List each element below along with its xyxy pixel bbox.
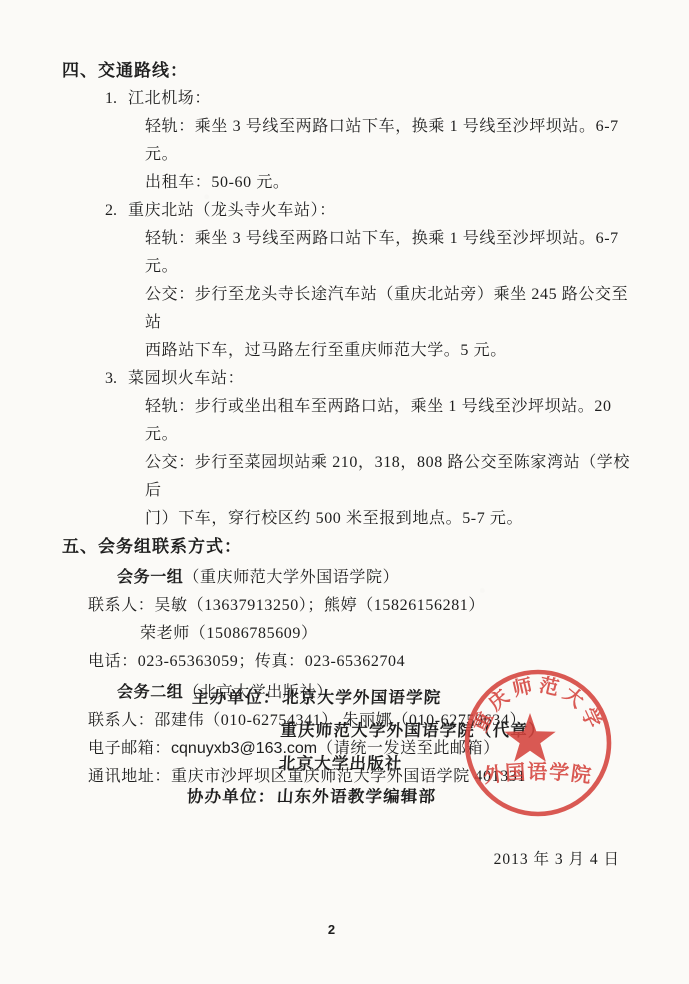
- transport-item1-title: 1.江北机场：: [62, 85, 638, 113]
- transport-item3-line3: 门）下车，穿行校区约 500 米至报到地点。5-7 元。: [62, 505, 638, 533]
- official-seal: 重庆师范大学 外国语学院: [461, 666, 615, 820]
- transport-item3-line2: 公交：步行至菜园坝站乘 210，318，808 路公交至陈家湾站（学校后: [62, 449, 638, 505]
- email-label: 电子邮箱：: [88, 740, 171, 757]
- contact-group2-name: 会务二组: [117, 684, 183, 701]
- document-date: 2013 年 3 月 4 日: [0, 847, 620, 869]
- page-number: 2: [0, 922, 663, 937]
- transport-item2-number: 2.: [105, 197, 117, 225]
- section-contacts-heading: 五、会务组联系方式：: [62, 533, 638, 561]
- contact-group1-affiliation: （重庆师范大学外国语学院）: [183, 569, 399, 586]
- seal-arc-text: 重庆师范大学: [469, 673, 608, 735]
- document-page: 四、交通路线： 1.江北机场： 轻轨：乘坐 3 号线至两路口站下车，换乘 1 号…: [0, 0, 689, 984]
- transport-item1-line1: 轻轨：乘坐 3 号线至两路口站下车，换乘 1 号线至沙坪坝站。6-7 元。: [62, 113, 638, 169]
- transport-item2-title: 2.重庆北站（龙头寺火车站）：: [62, 197, 638, 225]
- contact-group1-persons: 联系人：吴敏（13637913250）；熊婷（15826156281）: [62, 592, 638, 620]
- contact-group1-name: 会务一组: [117, 569, 183, 586]
- contact-group1-persons2: 荣老师（15086785609）: [62, 620, 638, 648]
- contact-group1-title: 会务一组（重庆师范大学外国语学院）: [62, 564, 638, 592]
- transport-item3-name: 菜园坝火车站：: [128, 370, 244, 387]
- transport-item1-name: 江北机场：: [128, 90, 211, 107]
- transport-item2-name: 重庆北站（龙头寺火车站）：: [128, 202, 336, 219]
- section-transport-heading: 四、交通路线：: [62, 57, 638, 85]
- transport-item1-number: 1.: [105, 85, 117, 113]
- transport-item3-number: 3.: [105, 365, 117, 393]
- transport-item1-line2: 出租车：50-60 元。: [62, 169, 638, 197]
- transport-item3-title: 3.菜园坝火车站：: [62, 365, 638, 393]
- seal-star-icon: [504, 713, 555, 762]
- host-label: 主办单位：: [188, 681, 283, 780]
- transport-item2-line1: 轻轨：乘坐 3 号线至两路口站下车，换乘 1 号线至沙坪坝站。6-7 元。: [62, 225, 638, 281]
- co-organizer-label: 协办单位：: [186, 780, 278, 813]
- seal-bottom-text: 外国语学院: [482, 760, 594, 788]
- transport-item2-line3: 西路站下车，过马路左行至重庆师范大学。5 元。: [62, 337, 638, 365]
- transport-item3-line1: 轻轨：步行或坐出租车至两路口站，乘坐 1 号线至沙坪坝站。20 元。: [62, 393, 638, 449]
- transport-item2-line2: 公交：步行至龙头寺长途汽车站（重庆北站旁）乘坐 245 路公交至站: [62, 281, 638, 337]
